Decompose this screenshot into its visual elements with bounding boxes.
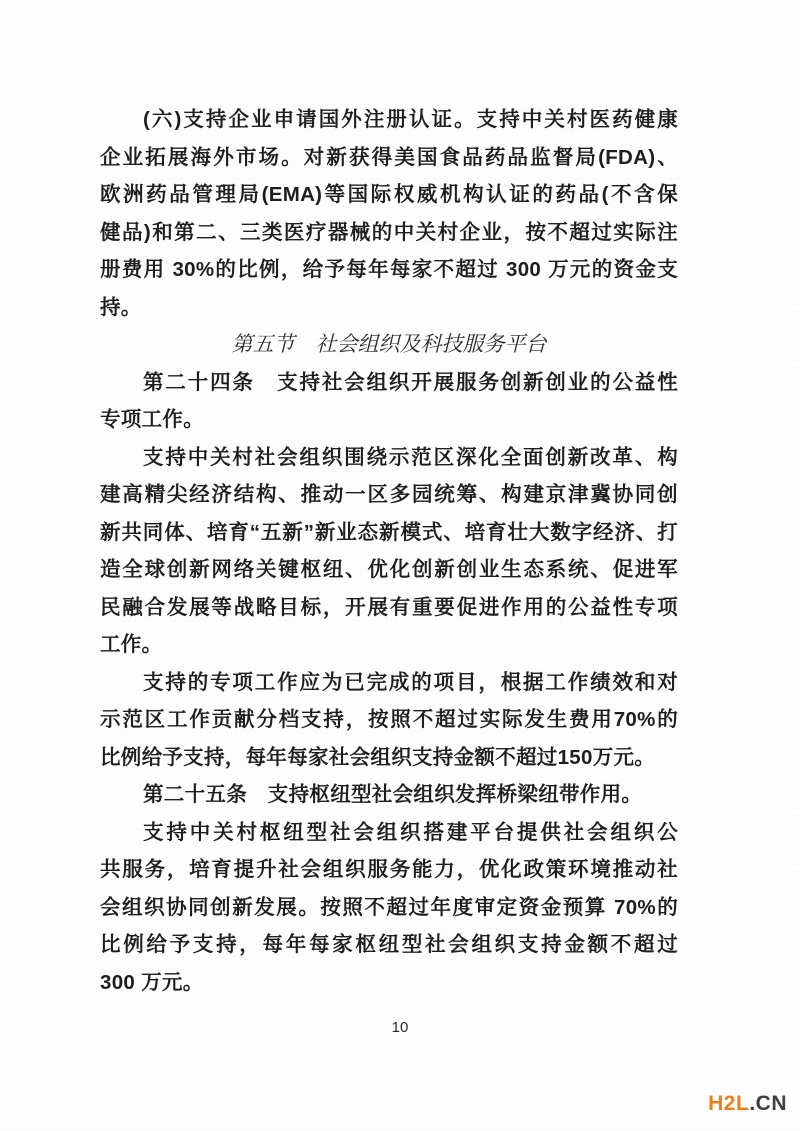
text-line: 第二十五条 支持枢纽型社会组织发挥桥梁纽带作用。: [100, 776, 678, 814]
text-line: 建高精尖经济结构、推动一区多园统筹、构建京津冀协同创: [100, 476, 678, 514]
text-line: 比例给予支持，每年每家枢纽型社会组织支持金额不超过: [100, 926, 678, 964]
text-line: 工作。: [100, 626, 678, 664]
text-line: 造全球创新网络关键枢纽、优化创新创业生态系统、促进军: [100, 551, 678, 589]
text-line: 第二十四条 支持社会组织开展服务创新创业的公益性: [100, 364, 678, 402]
text-line: 300 万元。: [100, 964, 678, 1002]
paragraph: (六)支持企业申请国外注册认证。支持中关村医药健康企业拓展海外市场。对新获得美国…: [100, 101, 678, 326]
section-heading: 第五节 社会组织及科技服务平台: [100, 326, 678, 364]
document-page: (六)支持企业申请国外注册认证。支持中关村医药健康企业拓展海外市场。对新获得美国…: [0, 0, 800, 1131]
paragraph: 支持的专项工作应为已完成的项目，根据工作绩效和对示范区工作贡献分档支持，按照不超…: [100, 664, 678, 777]
page-number: 10: [0, 1019, 800, 1037]
text-line: 新共同体、培育“五新”新业态新模式、培育壮大数字经济、打: [100, 514, 678, 552]
document-body: (六)支持企业申请国外注册认证。支持中关村医药健康企业拓展海外市场。对新获得美国…: [100, 101, 678, 1001]
text-line: 示范区工作贡献分档支持，按照不超过实际发生费用70%的: [100, 701, 678, 739]
text-line: 支持中关村枢纽型社会组织搭建平台提供社会组织公: [100, 814, 678, 852]
watermark-secondary-text: .CN: [749, 1092, 787, 1115]
text-line: 专项工作。: [100, 401, 678, 439]
text-line: 持。: [100, 289, 678, 327]
text-line: 会组织协同创新发展。按照不超过年度审定资金预算 70%的: [100, 889, 678, 927]
text-line: 比例给予支持，每年每家社会组织支持金额不超过150万元。: [100, 739, 678, 777]
watermark-logo: H2L.CN: [708, 1093, 787, 1115]
text-line: 支持的专项工作应为已完成的项目，根据工作绩效和对: [100, 664, 678, 702]
paragraph: 支持中关村枢纽型社会组织搭建平台提供社会组织公共服务，培育提升社会组织服务能力，…: [100, 814, 678, 1002]
text-line: 健品)和第二、三类医疗器械的中关村企业，按不超过实际注: [100, 214, 678, 252]
text-line: (六)支持企业申请国外注册认证。支持中关村医药健康: [100, 101, 678, 139]
watermark-primary-text: H2L: [708, 1092, 749, 1115]
text-line: 册费用 30%的比例，给予每年每家不超过 300 万元的资金支: [100, 251, 678, 289]
text-line: 第五节 社会组织及科技服务平台: [100, 326, 678, 364]
paragraph: 第二十四条 支持社会组织开展服务创新创业的公益性专项工作。: [100, 364, 678, 439]
paragraph: 支持中关村社会组织围绕示范区深化全面创新改革、构建高精尖经济结构、推动一区多园统…: [100, 439, 678, 664]
paragraph: 第二十五条 支持枢纽型社会组织发挥桥梁纽带作用。: [100, 776, 678, 814]
text-line: 企业拓展海外市场。对新获得美国食品药品监督局(FDA)、: [100, 139, 678, 177]
text-line: 民融合发展等战略目标，开展有重要促进作用的公益性专项: [100, 589, 678, 627]
text-line: 支持中关村社会组织围绕示范区深化全面创新改革、构: [100, 439, 678, 477]
text-line: 欧洲药品管理局(EMA)等国际权威机构认证的药品(不含保: [100, 176, 678, 214]
text-line: 共服务，培育提升社会组织服务能力，优化政策环境推动社: [100, 851, 678, 889]
